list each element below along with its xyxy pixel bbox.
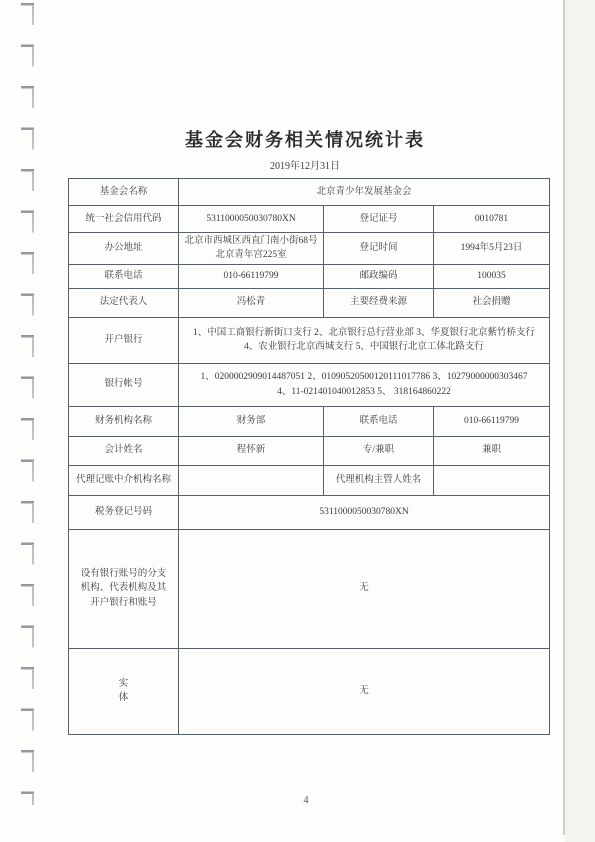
table-row: 法定代表人 冯松青 主要经费来源 社会捐赠 [69, 288, 550, 317]
row-label: 法定代表人 [69, 288, 179, 317]
table-row: 基金会名称 北京青少年发展基金会 [69, 179, 550, 206]
row-value: 兼职 [434, 436, 550, 465]
table-row: 联系电话 010-66119799 邮政编码 100035 [69, 264, 550, 288]
table-row: 财务机构名称 财务部 联系电话 010-66119799 [69, 406, 550, 436]
row-label: 会计姓名 [69, 436, 179, 465]
row-label: 设有银行账号的分支 机构、代表机构及其 开户银行和账号 [69, 529, 179, 648]
row-value: 冯松青 [179, 288, 324, 317]
table-row: 税务登记号码 5311000050030780XN [69, 495, 550, 529]
row-value: 北京市西城区西直门南小街68号 北京青年宫225室 [179, 233, 324, 265]
row-value: 无 [179, 648, 550, 734]
row-label: 代理机构主管人姓名 [324, 465, 434, 495]
row-label: 基金会名称 [69, 179, 179, 206]
table-row: 代理记账中介机构名称 代理机构主管人姓名 [69, 465, 550, 495]
row-label: 登记证号 [324, 206, 434, 233]
table-row: 统一社会信用代码 5311000050030780XN 登记证号 0010781 [69, 206, 550, 233]
row-value: 1、中国工商银行新街口支行 2、北京银行总行营业部 3、华夏银行北京紫竹桥支行 … [179, 317, 550, 363]
row-value: 北京青少年发展基金会 [179, 179, 550, 206]
row-value: 100035 [434, 264, 550, 288]
row-value: 无 [179, 529, 550, 648]
table-row: 开户银行 1、中国工商银行新街口支行 2、北京银行总行营业部 3、华夏银行北京紫… [69, 317, 550, 363]
table-row: 银行帐号 1、0200002909014487051 2、01090520500… [69, 363, 550, 406]
document-title: 基金会财务相关情况统计表 [0, 126, 595, 152]
row-label: 登记时间 [324, 233, 434, 265]
table-row: 会计姓名 程怀新 专/兼职 兼职 [69, 436, 550, 465]
row-label: 专/兼职 [324, 436, 434, 465]
table-row: 办公地址 北京市西城区西直门南小街68号 北京青年宫225室 登记时间 1994… [69, 233, 550, 265]
row-label: 财务机构名称 [69, 406, 179, 436]
table-row: 设有银行账号的分支 机构、代表机构及其 开户银行和账号 无 [69, 529, 550, 648]
statistics-table: 基金会名称 北京青少年发展基金会 统一社会信用代码 53110000500307… [68, 178, 550, 735]
row-label: 代理记账中介机构名称 [69, 465, 179, 495]
table-row: 实 体 无 [69, 648, 550, 734]
row-label: 税务登记号码 [69, 495, 179, 529]
document-date: 2019年12月31日 [0, 157, 595, 172]
row-label: 银行帐号 [69, 363, 179, 406]
row-label: 办公地址 [69, 233, 179, 265]
binding-marks-tails [32, 5, 34, 805]
row-label: 统一社会信用代码 [69, 206, 179, 233]
row-value: 5311000050030780XN [179, 206, 324, 233]
row-value: 010-66119799 [179, 264, 324, 288]
row-value [179, 465, 324, 495]
row-value: 5311000050030780XN [179, 495, 550, 529]
row-value: 程怀新 [179, 436, 324, 465]
row-label: 开户银行 [69, 317, 179, 363]
row-label: 主要经费来源 [324, 288, 434, 317]
row-label: 联系电话 [324, 406, 434, 436]
row-label: 邮政编码 [324, 264, 434, 288]
row-value [434, 465, 550, 495]
row-value: 0010781 [434, 206, 550, 233]
row-label: 联系电话 [69, 264, 179, 288]
row-value: 财务部 [179, 406, 324, 436]
row-value: 1994年5月23日 [434, 233, 550, 265]
page-number: 4 [0, 795, 595, 806]
row-value: 社会捐赠 [434, 288, 550, 317]
row-value: 1、0200002909014487051 2、0109052050012011… [179, 363, 550, 406]
row-value: 010-66119799 [434, 406, 550, 436]
row-label: 实 体 [69, 648, 179, 734]
